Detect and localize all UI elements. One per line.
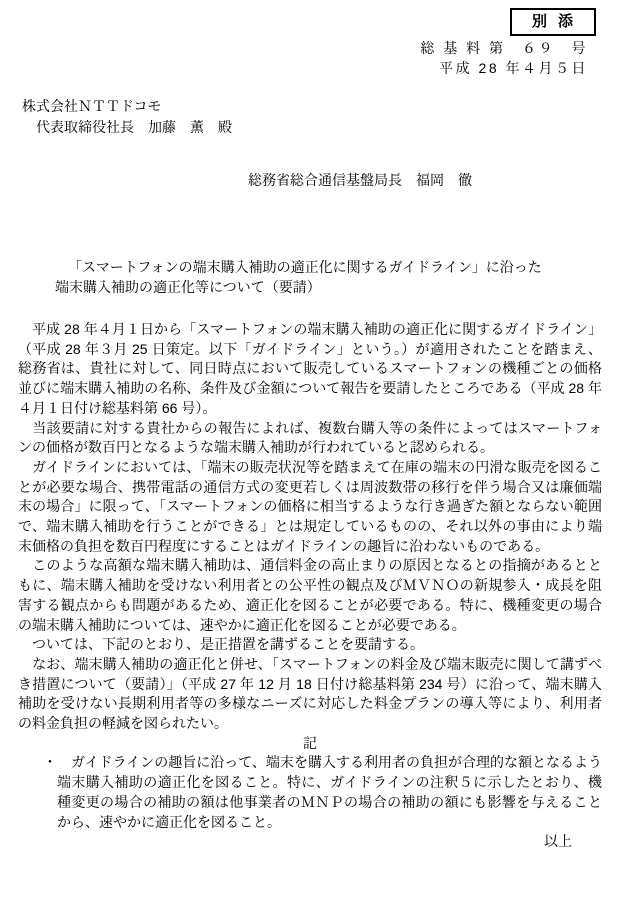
body-paragraph-2: 当該要請に対する貴社からの報告によれば、複数台購入等の条件によってはスマートフォ…: [18, 419, 602, 458]
document-header: 総 基 料 第 ６９ 号 平成 28 年４月５日: [420, 38, 588, 78]
body-paragraph-1: 平成 28 年４月１日から「スマートフォンの端末購入補助の適正化に関するガイドラ…: [18, 320, 602, 419]
document-title: 「スマートフォンの端末購入補助の適正化に関するガイドライン」に沿った 端末購入補…: [18, 257, 602, 297]
document-date: 平成 28 年４月５日: [420, 58, 588, 78]
attachment-label-box: 別添: [510, 8, 596, 36]
document-title-line-1: 「スマートフォンの端末購入補助の適正化に関するガイドライン」に沿った: [68, 257, 602, 277]
bullet-marker: ・: [43, 754, 71, 770]
document-page: 別添 総 基 料 第 ６９ 号 平成 28 年４月５日 株式会社ＮＴＴドコモ 代…: [0, 0, 620, 907]
attachment-label: 別添: [532, 13, 584, 30]
body-paragraph-5: ついては、下記のとおり、是正措置を講ずることを要請する。: [18, 635, 602, 655]
body-paragraph-3: ガイドラインにおいては、「端末の販売状況等を踏まえて在庫の端末の円滑な販売を図る…: [18, 458, 602, 557]
bullet-item: ・ ガイドラインの趣旨に沿って、端末を購入する利用者の負担が合理的な額となるよう…: [18, 753, 602, 832]
body-paragraph-4: このような高額な端末購入補助は、通信料金の高止まりの原因となるとの指摘があるとと…: [18, 556, 602, 635]
document-body: 平成 28 年４月１日から「スマートフォンの端末購入補助の適正化に関するガイドラ…: [18, 320, 602, 852]
recipient-addressee: 代表取締役社長 加藤 薫 殿: [36, 117, 232, 138]
ki-section-label: 記: [18, 734, 602, 754]
recipient-block: 株式会社ＮＴＴドコモ 代表取締役社長 加藤 薫 殿: [22, 96, 232, 138]
bullet-text: ガイドラインの趣旨に沿って、端末を購入する利用者の負担が合理的な額となるよう端末…: [57, 754, 602, 829]
closing-label: 以上: [18, 832, 602, 852]
recipient-company: 株式会社ＮＴＴドコモ: [22, 96, 232, 117]
sender-name: 総務省総合通信基盤局長 福岡 徹: [248, 170, 472, 190]
document-title-line-2: 端末購入補助の適正化等について（要請）: [55, 277, 602, 297]
body-paragraph-6: なお、端末購入補助の適正化と併せ、「スマートフォンの料金及び端末販売に関して講ず…: [18, 655, 602, 734]
document-number: 総 基 料 第 ６９ 号: [420, 38, 588, 58]
